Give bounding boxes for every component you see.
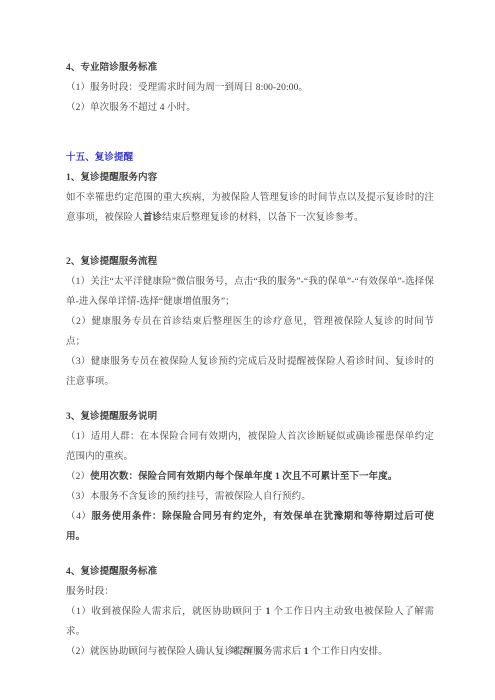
revisit-flow-item-3: （3）健康服务专员在被保险人复诊预约完成后及时提醒被保险人看诊时间、复诊时的注意…	[66, 352, 434, 392]
text-segment: 4、复诊提醒服务标准	[66, 567, 157, 577]
text-segment: 结束后整理复诊的材料，以备下一次复诊参考。	[162, 213, 364, 223]
text-segment: （1）适用人群：在本保险合同有效期内，被保险人首次诊断疑似或确诊罹患保单约定范围…	[66, 432, 434, 462]
revisit-flow-item-1: （1）关注“太平洋健康险”微信服务号，点击“我的服务”-“我的保单”-“有效保单…	[66, 272, 434, 312]
revisit-notes-item-2: （2）使用次数：保险合同有效期内每个保单年度 1 次且不可累计至下一年度。	[66, 467, 434, 487]
revisit-flow-item-2: （2）健康服务专员在首诊结束后整理医生的诊疗意见，管理被保险人复诊的时间节点；	[66, 312, 434, 352]
text-segment: （4）	[66, 512, 92, 522]
revisit-flow-title: 2、复诊提醒服务流程	[66, 252, 434, 272]
text-segment: （1）服务时段：受理需求时间为周一到周日 8:00-20:00。	[66, 83, 308, 93]
text-segment: （1）关注“太平洋健康险”微信服务号，点击“我的服务”-“我的保单”-“有效保单…	[66, 277, 434, 307]
text-segment: （3）本服务不含复诊的预约挂号，需被保险人自行预约。	[66, 492, 311, 502]
revisit-content-title: 1、复诊提醒服务内容	[66, 168, 434, 188]
escort-standard-item-2: （2）单次服务不超过 4 小时。	[66, 98, 434, 118]
revisit-standard-item-1: （1）收到被保险人需求后，就医协助顾问于 1 个工作日内主动致电被保险人了解需求…	[66, 602, 434, 642]
escort-standard-item-1: （1）服务时段：受理需求时间为周一到周日 8:00-20:00。	[66, 78, 434, 98]
revisit-content-paragraph: 如不幸罹患约定范围的重大疾病，为被保险人管理复诊的时间节点以及提示复诊时的注意事…	[66, 188, 434, 228]
revisit-standard-intro: 服务时段：	[66, 582, 434, 602]
text-segment: （2）单次服务不超过 4 小时。	[66, 103, 196, 113]
escort-standard-title: 4、专业陪诊服务标准	[66, 58, 434, 78]
text-segment: 使用次数：保险合同有效期内每个保单年度 1 次且不可累计至下一年度。	[90, 472, 397, 482]
revisit-notes-title: 3、复诊提醒服务说明	[66, 407, 434, 427]
text-segment: 2、复诊提醒服务流程	[66, 257, 157, 267]
revisit-notes-item-3: （3）本服务不含复诊的预约挂号，需被保险人自行预约。	[66, 487, 434, 507]
document-page: { "colors": { "heading_blue": "#3333cc",…	[0, 0, 495, 700]
text-segment: 1、复诊提醒服务内容	[66, 173, 157, 183]
text-segment: （2）健康服务专员在首诊结束后整理医生的诊疗意见，管理被保险人复诊的时间节点；	[66, 317, 434, 347]
revisit-standard-title: 4、复诊提醒服务标准	[66, 562, 434, 582]
page-footer: 第 20 页	[0, 645, 495, 656]
text-segment: 十五、复诊提醒	[66, 153, 133, 163]
text-segment: 服务时段：	[66, 587, 114, 597]
text-segment: 首诊	[143, 213, 162, 223]
revisit-notes-item-1: （1）适用人群：在本保险合同有效期内，被保险人首次诊断疑似或确诊罹患保单约定范围…	[66, 427, 434, 467]
text-segment: 服务使用条件：除保险合同另有约定外，有效保单在犹豫期和等待期过后可使用。	[66, 512, 434, 542]
revisit-notes-item-4: （4）服务使用条件：除保险合同另有约定外，有效保单在犹豫期和等待期过后可使用。	[66, 507, 434, 547]
page-number: 第 20 页	[231, 646, 265, 655]
text-segment: （3）健康服务专员在被保险人复诊预约完成后及时提醒被保险人看诊时间、复诊时的注意…	[66, 357, 434, 387]
text-segment: （2）	[66, 472, 90, 482]
text-segment: 4、专业陪诊服务标准	[66, 63, 157, 73]
chapter-15-heading: 十五、复诊提醒	[66, 148, 434, 168]
text-segment: （1）收到被保险人需求后，就医协助顾问于	[66, 607, 266, 617]
text-segment: 3、复诊提醒服务说明	[66, 412, 157, 422]
document-body: 4、专业陪诊服务标准 （1）服务时段：受理需求时间为周一到周日 8:00-20:…	[66, 58, 434, 662]
